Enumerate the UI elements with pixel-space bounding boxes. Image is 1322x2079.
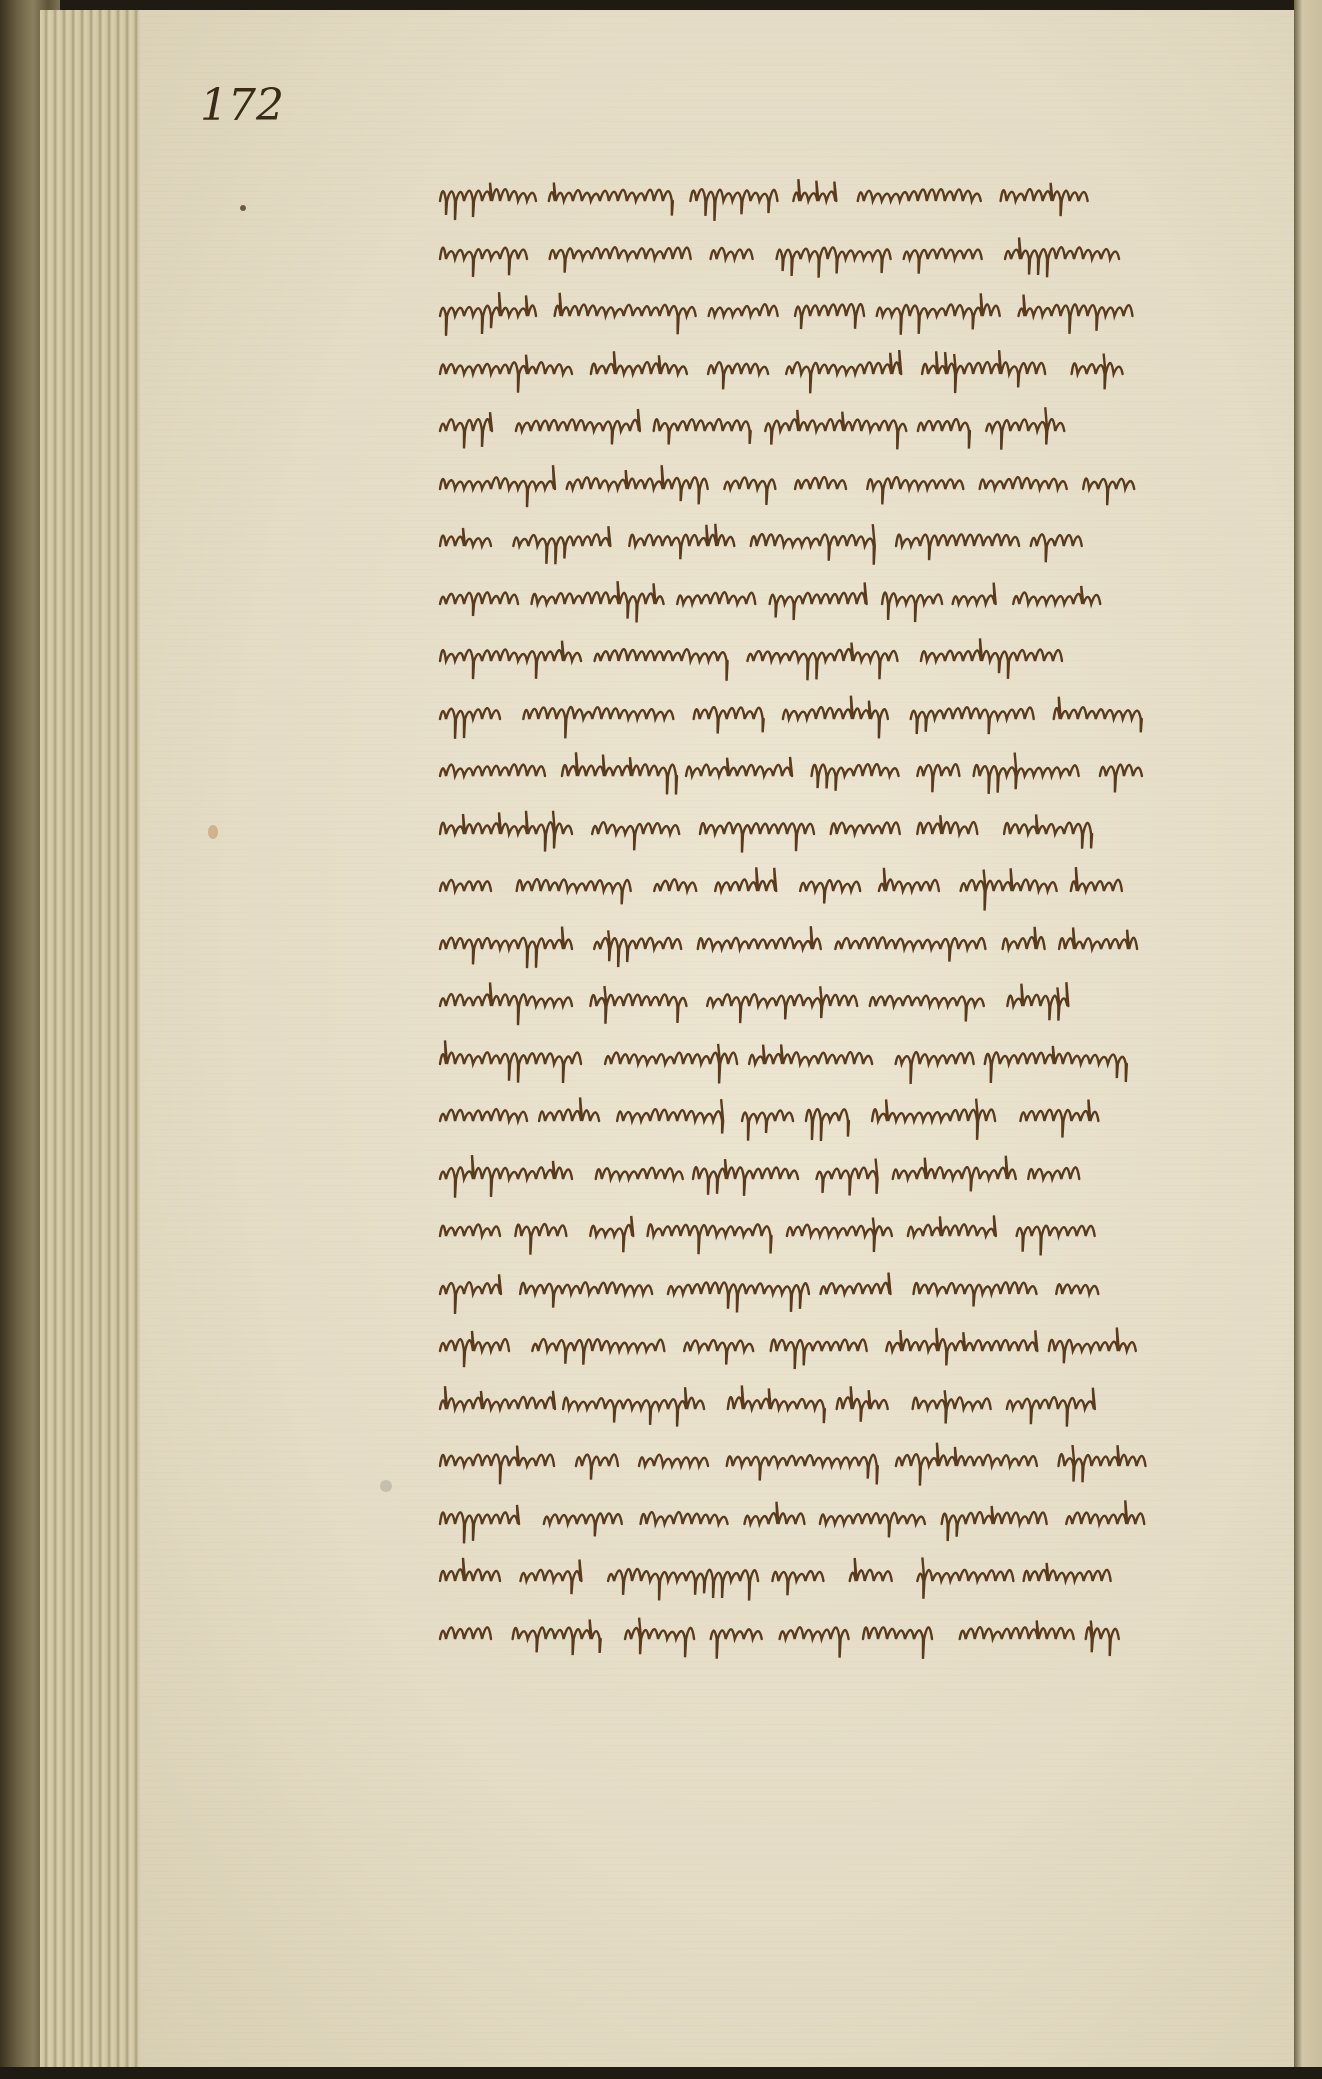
manuscript-scan: 172 xyxy=(0,0,1322,2079)
handwritten-line xyxy=(440,1603,1210,1661)
handwriting-strokes xyxy=(440,691,1140,741)
scan-bottom-edge xyxy=(0,2067,1322,2079)
handwriting-strokes xyxy=(440,518,1080,568)
handwritten-line xyxy=(440,223,1210,281)
handwritten-line xyxy=(440,280,1210,338)
handwritten-line xyxy=(440,1200,1210,1258)
handwriting-strokes xyxy=(440,978,1070,1028)
handwritten-line xyxy=(440,1545,1210,1603)
handwritten-line xyxy=(440,1373,1210,1431)
handwritten-line xyxy=(440,395,1210,453)
handwriting-strokes xyxy=(440,1496,1140,1546)
handwriting-strokes xyxy=(440,1438,1140,1488)
handwriting-strokes xyxy=(440,576,1100,626)
handwritten-line xyxy=(440,1315,1210,1373)
handwriting-strokes xyxy=(440,1208,1090,1258)
handwritten-line xyxy=(440,568,1210,626)
handwritten-line xyxy=(440,338,1210,396)
handwriting-strokes xyxy=(440,1266,1100,1316)
handwritten-line xyxy=(440,1488,1210,1546)
handwritten-line xyxy=(440,453,1210,511)
handwriting-strokes xyxy=(440,1093,1100,1143)
handwriting-strokes xyxy=(440,921,1140,971)
handwriting-strokes xyxy=(440,863,1120,913)
foxing-spot xyxy=(380,1480,392,1492)
handwriting-strokes xyxy=(440,173,1130,223)
scan-top-edge xyxy=(0,0,1322,10)
handwritten-line xyxy=(440,1430,1210,1488)
handwritten-line xyxy=(440,1258,1210,1316)
handwriting-strokes xyxy=(440,1036,1120,1086)
handwritten-line xyxy=(440,798,1210,856)
handwriting-strokes xyxy=(440,748,1140,798)
handwritten-line xyxy=(440,970,1210,1028)
handwriting-strokes xyxy=(440,461,1130,511)
handwriting-strokes xyxy=(440,1151,1100,1201)
foxing-spot xyxy=(208,825,218,839)
handwritten-line xyxy=(440,1028,1210,1086)
handwriting-strokes xyxy=(440,231,1140,281)
handwritten-line xyxy=(440,683,1210,741)
ink-spot xyxy=(240,205,246,211)
handwriting-strokes xyxy=(440,346,1130,396)
handwritten-text-block xyxy=(440,165,1210,1660)
handwriting-strokes xyxy=(440,1323,1130,1373)
facing-page-edge xyxy=(1294,0,1322,2079)
handwritten-line xyxy=(440,510,1210,568)
handwritten-line xyxy=(440,740,1210,798)
handwritten-line xyxy=(440,855,1210,913)
handwriting-strokes xyxy=(440,633,1090,683)
page-number: 172 xyxy=(200,80,284,131)
handwritten-line xyxy=(440,913,1210,971)
handwriting-strokes xyxy=(440,1611,1120,1661)
handwriting-strokes xyxy=(440,403,1080,453)
handwritten-line xyxy=(440,165,1210,223)
handwritten-line xyxy=(440,1085,1210,1143)
handwritten-line xyxy=(440,625,1210,683)
handwritten-line xyxy=(440,1143,1210,1201)
handwriting-strokes xyxy=(440,1381,1130,1431)
page-stack-edges xyxy=(40,10,151,2070)
handwriting-strokes xyxy=(440,806,1090,856)
handwriting-strokes xyxy=(440,288,1130,338)
handwriting-strokes xyxy=(440,1553,1120,1603)
